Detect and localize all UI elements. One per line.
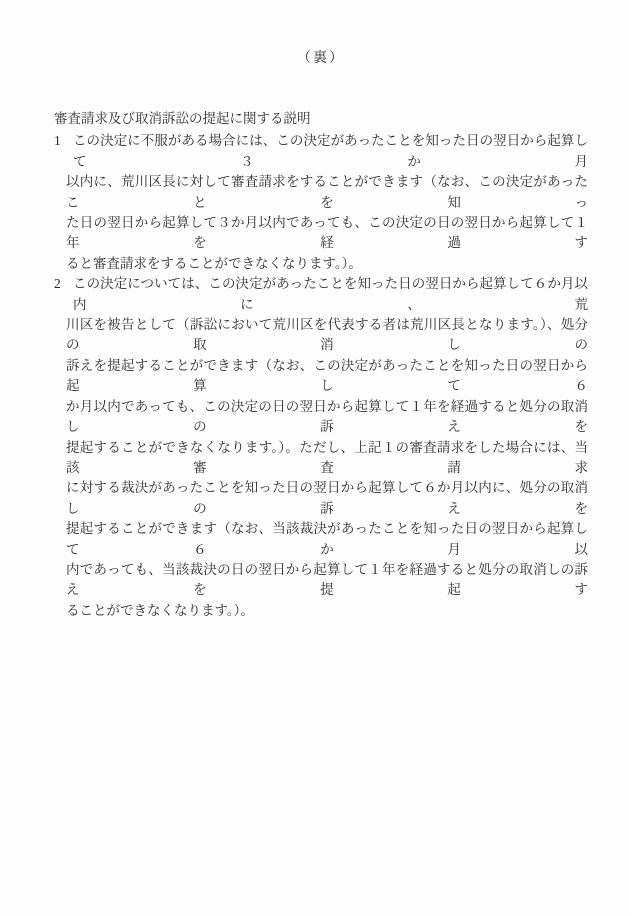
item-2-line-3: 訴えを提起することができます（なお、この決定があったことを知った日の翌日から起算… <box>66 356 588 397</box>
item-2-line-7: 提起することができます（なお、当該裁決があったことを知った日の翌日から起算して６… <box>66 519 588 560</box>
item-1-line-4: ると審査請求をすることができなくなります。）。 <box>66 254 588 274</box>
page-side-label: （裏） <box>54 49 588 68</box>
item-1-line-3: た日の翌日から起算して３か月以内であっても、この決定の日の翌日から起算して１年を… <box>66 213 588 254</box>
document-page: （裏） 審査請求及び取消訴訟の提起に関する説明 1 この決定に不服がある場合には… <box>0 0 630 915</box>
item-1-number: 1 <box>54 131 73 151</box>
numbered-item-1: 1 この決定に不服がある場合には、この決定があったことを知った日の翌日から起算し… <box>54 131 588 274</box>
item-2-line-5: 提起することができなくなります。）。ただし、上記１の審査請求をした場合には、当該… <box>66 438 588 479</box>
item-2-line-4: か月以内であっても、この決定の日の翌日から起算して１年を経過すると処分の取消しの… <box>66 397 588 438</box>
item-2-line-6: に対する裁決があったことを知った日の翌日から起算して６か月以内に、処分の取消しの… <box>66 478 588 519</box>
item-2-line-1: この決定については、この決定があったことを知った日の翌日から起算して６か月以内に… <box>73 274 588 315</box>
numbered-item-2: 2 この決定については、この決定があったことを知った日の翌日から起算して６か月以… <box>54 274 588 621</box>
document-body: 審査請求及び取消訴訟の提起に関する説明 1 この決定に不服がある場合には、この決… <box>54 109 588 621</box>
item-2-line-8: 内であっても、当該裁決の日の翌日から起算して１年を経過すると処分の取消しの訴えを… <box>66 560 588 601</box>
item-2-number: 2 <box>54 274 73 294</box>
item-2-line-2: 川区を被告として（訴訟において荒川区を代表する者は荒川区長となります。）、処分の… <box>66 315 588 356</box>
item-1-line-1: この決定に不服がある場合には、この決定があったことを知った日の翌日から起算して３… <box>73 131 588 172</box>
item-2-line-9: ることができなくなります。）。 <box>66 601 588 621</box>
section-heading: 審査請求及び取消訴訟の提起に関する説明 <box>54 109 588 129</box>
item-1-line-2: 以内に、荒川区長に対して審査請求をすることができます（なお、この決定があったこと… <box>66 172 588 213</box>
